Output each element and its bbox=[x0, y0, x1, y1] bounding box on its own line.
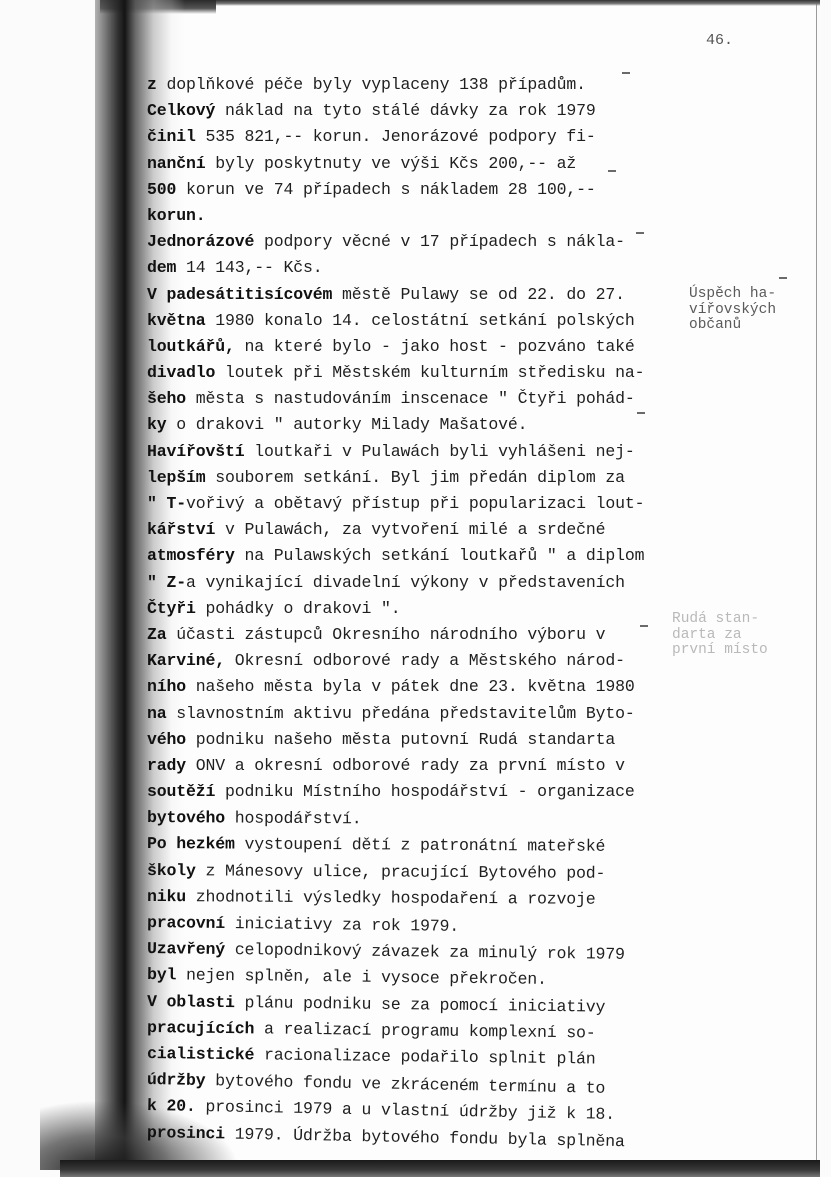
text-line-lead: byl bbox=[147, 965, 176, 984]
text-line: šeho města s nastudováním inscenace " Čt… bbox=[147, 386, 687, 412]
text-line-lead: k 20. bbox=[147, 1096, 196, 1116]
text-line: Karviné, Okresní odborové rady a Městské… bbox=[147, 648, 687, 674]
margin-note-line: vířovských bbox=[689, 303, 776, 319]
text-line: na slavnostním aktivu předána představit… bbox=[147, 701, 687, 727]
text-line-lead: prosinci bbox=[147, 1123, 225, 1143]
text-line-lead: ky bbox=[147, 415, 167, 434]
text-line: Celkový náklad na tyto stálé dávky za ro… bbox=[147, 98, 687, 124]
margin-note-havirov-success: Úspěch ha-vířovskýchobčanů bbox=[689, 287, 776, 334]
text-line: května 1980 konalo 14. celostátní setkán… bbox=[147, 308, 687, 334]
text-line-rest: byly poskytnuty ve výši Kčs 200,-- až bbox=[206, 154, 577, 173]
text-line-rest: v Pulawách, za vytvoření milé a srdečné bbox=[215, 520, 605, 539]
margin-note-line: Úspěch ha- bbox=[689, 287, 776, 303]
text-line: Čtyři pohádky o drakovi ". bbox=[147, 596, 687, 622]
text-line-lead: " T- bbox=[147, 494, 186, 513]
text-line-lead: atmosféry bbox=[147, 546, 235, 565]
text-line-rest: korun ve 74 případech s nákladem 28 100,… bbox=[176, 180, 595, 199]
text-line-rest: pohádky o drakovi ". bbox=[196, 599, 401, 618]
text-line-lead: Za bbox=[147, 625, 167, 644]
text-line-rest: loutkaři v Pulawách byli vyhlášeni nej- bbox=[245, 442, 635, 461]
text-line-rest: plánu podniku se za pomocí iniciativy bbox=[235, 993, 606, 1017]
text-line-rest: na Pulawských setkání loutkařů " a diplo… bbox=[235, 546, 645, 565]
text-line: bytového hospodářství. bbox=[147, 805, 687, 834]
text-line-rest: účasti zástupců Okresního národního výbo… bbox=[167, 625, 606, 644]
text-line-lead: Jednorázové bbox=[147, 232, 254, 251]
text-line-rest: podniku Místního hospodářství - organiza… bbox=[215, 782, 634, 801]
text-line: ního našeho města byla v pátek dne 23. k… bbox=[147, 674, 687, 700]
text-line-rest: prosinci 1979 a u vlastní údržby již k 1… bbox=[196, 1097, 616, 1124]
text-line-lead: pracovní bbox=[147, 913, 225, 933]
text-line: niku zhodnotili výsledky hospodaření a r… bbox=[147, 884, 687, 913]
text-line-rest: městě Pulawy se od 22. do 27. bbox=[332, 285, 625, 304]
text-line-lead: šeho bbox=[147, 389, 186, 408]
text-line-rest: 1980 konalo 14. celostátní setkání polsk… bbox=[206, 311, 635, 330]
text-line: nanční byly poskytnuty ve výši Kčs 200,-… bbox=[147, 151, 687, 177]
text-line-lead: Uzavřený bbox=[147, 939, 225, 959]
text-line: loutkářů, na které bylo - jako host - po… bbox=[147, 334, 687, 360]
text-line-lead: bytového bbox=[147, 808, 225, 827]
text-line-lead: V padesátitisícovém bbox=[147, 285, 332, 304]
text-line: 500 korun ve 74 případech s nákladem 28 … bbox=[147, 177, 687, 203]
text-line: školy z Mánesovy ulice, pracující Bytové… bbox=[147, 858, 687, 887]
text-line-rest: a vynikající divadelní výkony v představ… bbox=[186, 573, 625, 592]
text-line: Havířovští loutkaři v Pulawách byli vyhl… bbox=[147, 439, 687, 465]
text-line-rest: náklad na tyto stálé dávky za rok 1979 bbox=[215, 101, 595, 120]
text-line-lead: z bbox=[147, 75, 157, 94]
text-line-lead: cialistické bbox=[147, 1044, 255, 1064]
text-line-lead: na bbox=[147, 704, 167, 723]
text-line-lead: soutěží bbox=[147, 782, 215, 801]
text-line-rest: o drakovi " autorky Milady Mašatové. bbox=[167, 415, 528, 434]
text-line-rest: a realizací programu komplexní so- bbox=[254, 1019, 596, 1042]
text-line: ky o drakovi " autorky Milady Mašatové. bbox=[147, 412, 687, 438]
text-line-rest: 535 821,-- korun. Jenorázové podpory fi- bbox=[196, 127, 596, 146]
text-line-lead: loutkářů, bbox=[147, 337, 235, 356]
text-line-lead: Karviné, bbox=[147, 651, 225, 670]
margin-note-line: darta za bbox=[672, 628, 768, 644]
text-line-rest: na které bylo - jako host - pozváno také bbox=[235, 337, 635, 356]
margin-note-red-banner: Rudá stan-darta zaprvní místo bbox=[672, 612, 768, 659]
text-line-lead: činil bbox=[147, 127, 196, 146]
text-line-rest: města s nastudováním inscenace " Čtyři p… bbox=[186, 389, 635, 408]
text-line-lead: 500 bbox=[147, 180, 176, 199]
text-line-lead: " Z- bbox=[147, 573, 186, 592]
text-line-rest: iniciativy za rok 1979. bbox=[225, 914, 459, 936]
text-line: atmosféry na Pulawských setkání loutkařů… bbox=[147, 543, 687, 569]
text-line-lead: korun. bbox=[147, 206, 206, 225]
text-line-rest: 1979. Údržba bytového fondu byla splněna bbox=[225, 1124, 625, 1151]
margin-note-line: první místo bbox=[672, 643, 768, 659]
text-line-rest: hospodářství. bbox=[225, 809, 362, 829]
text-line-lead: pracujících bbox=[147, 1018, 255, 1038]
text-line-lead: května bbox=[147, 311, 206, 330]
text-line-rest: vořivý a obětavý přístup při popularizac… bbox=[186, 494, 644, 513]
text-line-rest: podpory věcné v 17 případech s nákla- bbox=[254, 232, 625, 251]
text-line: divadlo loutek při Městském kulturním st… bbox=[147, 360, 687, 386]
text-line-lead: údržby bbox=[147, 1070, 206, 1090]
text-line: vého podniku našeho města putovní Rudá s… bbox=[147, 727, 687, 753]
text-line-lead: Havířovští bbox=[147, 442, 245, 461]
text-line: Za účasti zástupců Okresního národního v… bbox=[147, 622, 687, 648]
text-line-lead: dem bbox=[147, 258, 176, 277]
text-line-rest: Okresní odborové rady a Městského národ- bbox=[225, 651, 625, 670]
page-top-edge-shadow bbox=[200, 0, 820, 6]
text-line-rest: 14 143,-- Kčs. bbox=[176, 258, 322, 277]
text-line-lead: kářství bbox=[147, 520, 215, 539]
text-line-lead: Celkový bbox=[147, 101, 215, 120]
text-line-rest: podniku našeho města putovní Rudá standa… bbox=[186, 730, 615, 749]
text-line: " Z-a vynikající divadelní výkony v před… bbox=[147, 570, 687, 596]
text-line-rest: celopodnikový závazek za minulý rok 1979 bbox=[225, 940, 625, 964]
text-line-rest: racionalizace podařilo splnit plán bbox=[254, 1045, 596, 1068]
page-number: 46. bbox=[706, 32, 733, 49]
text-line-rest: loutek při Městském kulturním středisku … bbox=[215, 363, 644, 382]
text-line-lead: ního bbox=[147, 677, 186, 696]
text-line: rady ONV a okresní odborové rady za prvn… bbox=[147, 753, 687, 779]
margin-note-line: Rudá stan- bbox=[672, 612, 768, 628]
text-line-lead: V oblasti bbox=[147, 992, 235, 1012]
text-line-rest: ONV a okresní odborové rady za první mís… bbox=[186, 756, 625, 775]
margin-tick-mark bbox=[779, 277, 787, 279]
text-line: kářství v Pulawách, za vytvoření milé a … bbox=[147, 517, 687, 543]
text-line-rest: nejen splněn, ale i vysoce překročen. bbox=[176, 966, 547, 990]
text-line-lead: rady bbox=[147, 756, 186, 775]
text-line-rest: doplňkové péče byly vyplaceny 138 případ… bbox=[157, 75, 586, 94]
text-line-lead: niku bbox=[147, 887, 186, 906]
typewritten-body-text: z doplňkové péče byly vyplaceny 138 příp… bbox=[147, 72, 687, 1146]
text-line-lead: vého bbox=[147, 730, 186, 749]
text-line-lead: Čtyři bbox=[147, 599, 196, 618]
text-line-lead: Po hezkém bbox=[147, 834, 235, 854]
text-line: V padesátitisícovém městě Pulawy se od 2… bbox=[147, 282, 687, 308]
text-line: Po hezkém vystoupení dětí z patronátní m… bbox=[147, 831, 687, 860]
margin-note-line: občanů bbox=[689, 318, 776, 334]
text-line-lead: nanční bbox=[147, 154, 206, 173]
text-line-lead: školy bbox=[147, 861, 196, 880]
text-line-rest: bytového fondu ve zkráceném termínu a to bbox=[205, 1071, 605, 1098]
text-line-rest: slavnostním aktivu předána představitelů… bbox=[167, 704, 635, 723]
text-line-lead: divadlo bbox=[147, 363, 215, 382]
text-line-rest: našeho města byla v pátek dne 23. května… bbox=[186, 677, 635, 696]
text-line-rest: souborem setkání. Byl jim předán diplom … bbox=[206, 468, 625, 487]
text-line-lead: lepším bbox=[147, 468, 206, 487]
text-line: korun. bbox=[147, 203, 687, 229]
text-line-rest: zhodnotili výsledky hospodaření a rozvoj… bbox=[186, 887, 596, 909]
text-line-rest: vystoupení dětí z patronátní mateřské bbox=[235, 835, 606, 856]
page-bottom-edge-shadow bbox=[60, 1160, 820, 1177]
text-line: z doplňkové péče byly vyplaceny 138 příp… bbox=[147, 72, 687, 98]
text-line: Jednorázové podpory věcné v 17 případech… bbox=[147, 229, 687, 255]
text-line-rest: z Mánesovy ulice, pracující Bytového pod… bbox=[196, 861, 606, 883]
text-line: dem 14 143,-- Kčs. bbox=[147, 255, 687, 281]
text-line: soutěží podniku Místního hospodářství - … bbox=[147, 779, 687, 805]
text-line: " T-vořivý a obětavý přístup při popular… bbox=[147, 491, 687, 517]
text-line: lepším souborem setkání. Byl jim předán … bbox=[147, 465, 687, 491]
text-line: činil 535 821,-- korun. Jenorázové podpo… bbox=[147, 124, 687, 150]
